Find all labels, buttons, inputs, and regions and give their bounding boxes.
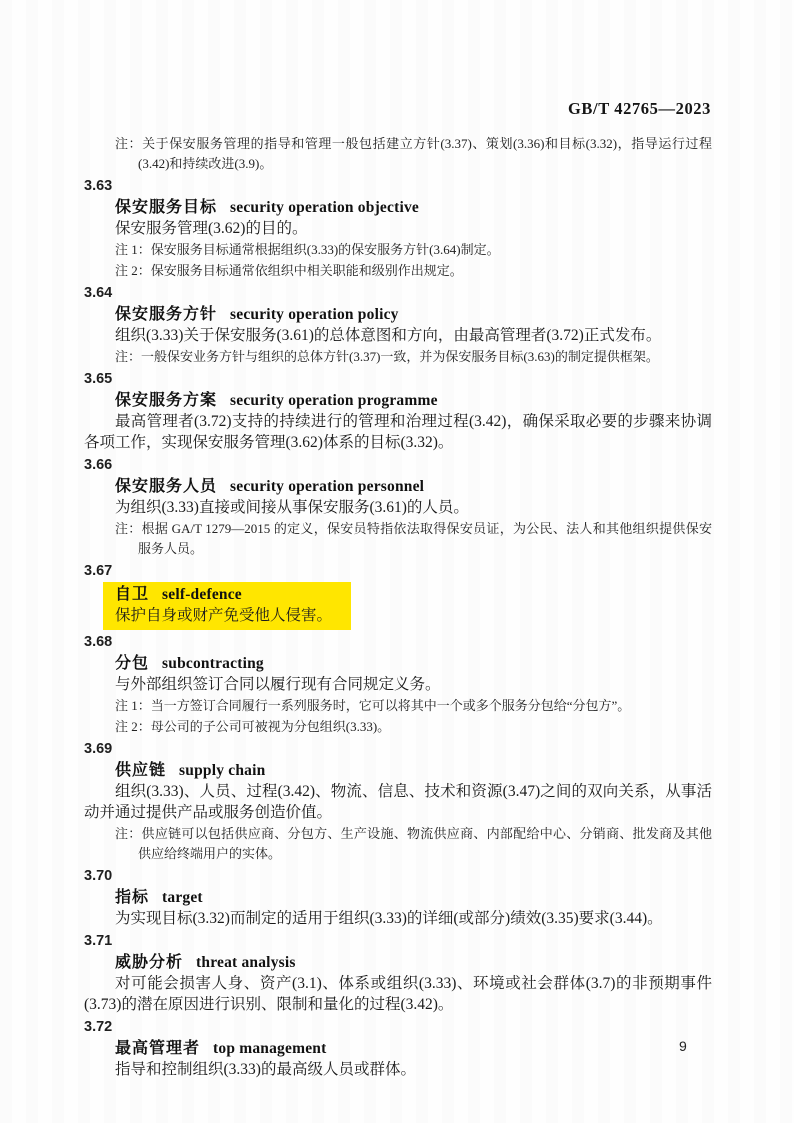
- definition-text: 为实现目标(3.32)而制定的适用于组织(3.33)的详细(或部分)绩效(3.3…: [84, 908, 712, 929]
- term-heading: 保安服务目标security operation objective: [115, 197, 712, 218]
- section-number: 3.69: [84, 739, 712, 760]
- standard-number-header: GB/T 42765—2023: [568, 99, 711, 119]
- note-text: 注：根据 GA/T 1279—2015 的定义，保安员特指依法取得保安员证，为公…: [115, 519, 712, 559]
- term-en: security operation policy: [230, 306, 399, 323]
- term-section-3-66: 3.66 保安服务人员security operation personnel …: [84, 455, 712, 559]
- document-page: GB/T 42765—2023 注：关于保安服务管理的指导和管理一般包括建立方针…: [0, 0, 794, 1123]
- term-en: top management: [213, 1040, 326, 1057]
- term-section-3-68: 3.68 分包subcontracting 与外部组织签订合同以履行现有合同规定…: [84, 632, 712, 737]
- section-number: 3.64: [84, 283, 712, 304]
- term-heading: 自卫self-defence: [115, 584, 351, 605]
- term-zh: 保安服务人员: [115, 478, 217, 495]
- page-number: 9: [679, 1038, 687, 1054]
- term-en: threat analysis: [196, 954, 296, 971]
- term-zh: 威胁分析: [115, 954, 183, 971]
- definition-text: 组织(3.33)关于保安服务(3.61)的总体意图和方向，由最高管理者(3.72…: [84, 325, 712, 346]
- note-text: 注 1：保安服务目标通常根据组织(3.33)的保安服务方针(3.64)制定。: [115, 240, 712, 260]
- definition-text: 最高管理者(3.72)支持的持续进行的管理和治理过程(3.42)，确保采取必要的…: [84, 411, 712, 453]
- term-section-3-64: 3.64 保安服务方针security operation policy 组织(…: [84, 283, 712, 367]
- leading-note: 注：关于保安服务管理的指导和管理一般包括建立方针(3.37)、策划(3.36)和…: [115, 134, 712, 174]
- term-heading: 保安服务方针security operation policy: [115, 304, 712, 325]
- term-heading: 分包subcontracting: [115, 653, 712, 674]
- term-zh: 指标: [115, 889, 149, 906]
- section-number: 3.68: [84, 632, 712, 653]
- term-en: security operation programme: [230, 392, 438, 409]
- definition-text: 保护自身或财产免受他人侵害。: [115, 605, 351, 626]
- term-heading: 保安服务方案security operation programme: [115, 390, 712, 411]
- term-section-3-69: 3.69 供应链supply chain 组织(3.33)、人员、过程(3.42…: [84, 739, 712, 864]
- page-content: 注：关于保安服务管理的指导和管理一般包括建立方针(3.37)、策划(3.36)和…: [84, 133, 712, 1080]
- term-en: supply chain: [179, 762, 265, 779]
- definition-text: 为组织(3.33)直接或间接从事保安服务(3.61)的人员。: [84, 497, 712, 518]
- term-en: self-defence: [162, 586, 242, 603]
- term-heading: 最高管理者top management: [115, 1038, 712, 1059]
- term-zh: 自卫: [115, 586, 149, 603]
- term-zh: 分包: [115, 655, 149, 672]
- note-text: 注 2：母公司的子公司可被视为分包组织(3.33)。: [115, 717, 712, 737]
- term-en: target: [162, 889, 203, 906]
- section-number: 3.71: [84, 931, 712, 952]
- term-en: subcontracting: [162, 655, 264, 672]
- term-heading: 保安服务人员security operation personnel: [115, 476, 712, 497]
- section-number: 3.72: [84, 1017, 712, 1038]
- term-section-3-65: 3.65 保安服务方案security operation programme …: [84, 369, 712, 453]
- term-section-3-67: 3.67 自卫self-defence 保护自身或财产免受他人侵害。: [84, 561, 712, 630]
- note-text: 注：一般保安业务方针与组织的总体方针(3.37)一致，并为保安服务目标(3.63…: [115, 347, 712, 367]
- term-section-3-72: 3.72 最高管理者top management 指导和控制组织(3.33)的最…: [84, 1017, 712, 1080]
- term-zh: 最高管理者: [115, 1040, 200, 1057]
- note-text: 注 2：保安服务目标通常依组织中相关职能和级别作出规定。: [115, 261, 712, 281]
- definition-text: 组织(3.33)、人员、过程(3.42)、物流、信息、技术和资源(3.47)之间…: [84, 781, 712, 823]
- term-section-3-71: 3.71 威胁分析threat analysis 对可能会损害人身、资产(3.1…: [84, 931, 712, 1015]
- term-en: security operation personnel: [230, 478, 424, 495]
- yellow-highlight-block: 自卫self-defence 保护自身或财产免受他人侵害。: [103, 582, 351, 630]
- section-number: 3.67: [84, 561, 712, 582]
- definition-text: 对可能会损害人身、资产(3.1)、体系或组织(3.33)、环境或社会群体(3.7…: [84, 973, 712, 1015]
- term-zh: 保安服务方案: [115, 392, 217, 409]
- term-zh: 保安服务目标: [115, 199, 217, 216]
- term-en: security operation objective: [230, 199, 419, 216]
- term-heading: 威胁分析threat analysis: [115, 952, 712, 973]
- section-number: 3.70: [84, 866, 712, 887]
- definition-text: 保安服务管理(3.62)的目的。: [84, 218, 712, 239]
- definition-text: 指导和控制组织(3.33)的最高级人员或群体。: [84, 1059, 712, 1080]
- term-zh: 供应链: [115, 762, 166, 779]
- term-section-3-70: 3.70 指标target 为实现目标(3.32)而制定的适用于组织(3.33)…: [84, 866, 712, 929]
- term-zh: 保安服务方针: [115, 306, 217, 323]
- term-heading: 指标target: [115, 887, 712, 908]
- note-text: 注 1：当一方签订合同履行一系列服务时，它可以将其中一个或多个服务分包给“分包方…: [115, 696, 712, 716]
- term-section-3-63: 3.63 保安服务目标security operation objective …: [84, 176, 712, 281]
- section-number: 3.66: [84, 455, 712, 476]
- section-number: 3.63: [84, 176, 712, 197]
- term-heading: 供应链supply chain: [115, 760, 712, 781]
- definition-text: 与外部组织签订合同以履行现有合同规定义务。: [84, 674, 712, 695]
- note-text: 注：供应链可以包括供应商、分包方、生产设施、物流供应商、内部配给中心、分销商、批…: [115, 824, 712, 864]
- section-number: 3.65: [84, 369, 712, 390]
